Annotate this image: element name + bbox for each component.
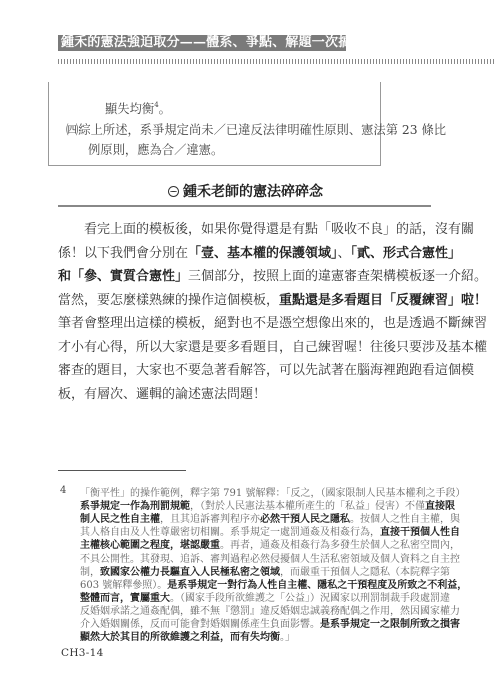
footnote-number: 4	[60, 485, 66, 496]
paragraph-line: 筆者會整理出這樣的模板，絕對也不是憑空想像出來的，也是透過不斷練習	[58, 312, 487, 331]
text-span: 當然，要怎麼樣熟練的操作這個模板，	[58, 293, 279, 308]
text-span: 看完上面的模板後，如果你覺得還是有點「吸收不良」的話，沒有關	[84, 222, 474, 237]
text-span: 。」	[280, 632, 295, 643]
emphasis-text: 「貳、形式合憲性」	[351, 246, 462, 261]
text-span: 、	[338, 246, 351, 261]
paragraph-line: 板，有層次、邏輯的論述憲法問題！	[58, 383, 266, 402]
box-line-3: 例原則，應為合／違憲。	[88, 140, 223, 158]
text-span: 板，有層次、邏輯的論述憲法問題！	[58, 387, 266, 402]
section-title-text: 鍾禾老師的憲法碎碎念	[183, 181, 323, 201]
section-heading: 鍾禾老師的憲法碎碎念	[168, 181, 323, 201]
text-span: 三個部分，按照上面的違憲審查架構模板逐一介紹。	[188, 269, 487, 284]
running-header-title: 鍾禾的憲法強迫取分——體系、爭點、解題一次搞定	[58, 35, 346, 51]
paragraph-line: 當然，要怎麼樣熟練的操作這個模板，重點還是多看題目「反覆練習」啦！	[58, 289, 487, 308]
text-span: 審查的題目，大家也不要急著看解答，可以先試著在腦海裡跑跑看這個模	[58, 363, 474, 378]
text-span: 筆者會整理出這樣的模板，絕對也不是憑空想像出來的，也是透過不斷練習	[58, 316, 487, 331]
emphasis-text: 「壹、基本權的保護領域」	[188, 246, 338, 261]
footnote-divider	[58, 470, 186, 471]
smile-circle-icon	[168, 186, 179, 197]
emphasis-text: 顯然大於其目的所欲維護之利益，而有失均衡	[80, 632, 280, 643]
section-divider	[58, 205, 431, 207]
paragraph-line: 和「參、實質合憲性」三個部分，按照上面的違憲審查架構模板逐一介紹。	[58, 265, 487, 284]
emphasis-text: 重點還是多看題目「反覆練習」啦！	[279, 293, 487, 308]
footnote-line: 顯然大於其目的所欲維護之利益，而有失均衡。」	[80, 628, 295, 643]
paragraph-line: 係！以下我們會分別在「壹、基本權的保護領域」、「貳、形式合憲性」	[58, 242, 461, 261]
paragraph-line: 看完上面的模板後，如果你覺得還是有點「吸收不良」的話，沒有關	[84, 218, 474, 237]
page-number: CH3-14	[61, 647, 104, 659]
emphasis-text: 是系爭規定一之限制所致之損害	[320, 619, 460, 630]
paragraph-line: 才小有心得，所以大家還是要多看題目，自己練習喔！往後只要涉及基本權	[58, 336, 487, 355]
text-span: 才小有心得，所以大家還是要多看題目，自己練習喔！往後只要涉及基本權	[58, 340, 487, 355]
paragraph-line: 審查的題目，大家也不要急著看解答，可以先試著在腦海裡跑跑看這個模	[58, 359, 474, 378]
box-line-1: 顯失均衡4。	[105, 99, 171, 117]
text-span: 係！以下我們會分別在	[58, 246, 188, 261]
box-line-2: ㈣綜上所述，系爭規定尚未／已違反法律明確性原則、憲法第 23 條比	[66, 120, 446, 138]
emphasis-text: 和「參、實質合憲性」	[58, 269, 188, 284]
header-decorative-stripe	[58, 59, 495, 64]
